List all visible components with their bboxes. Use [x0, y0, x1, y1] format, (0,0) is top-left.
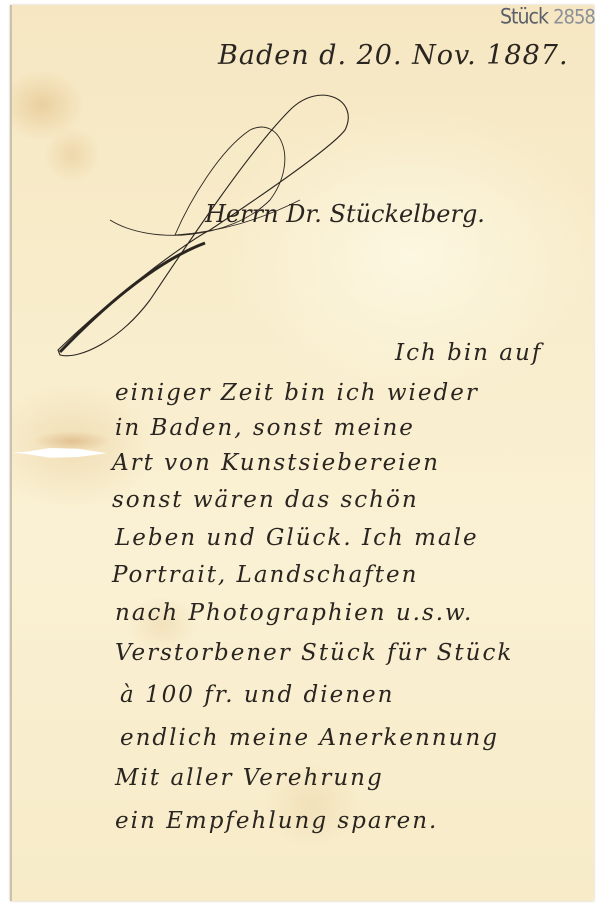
- body-line-3: in Baden, sonst meine: [115, 415, 415, 441]
- body-line-12: Mit aller Verehrung: [115, 765, 384, 791]
- body-line-9: Verstorbener Stück für Stück: [115, 640, 513, 666]
- body-line-13: ein Empfehlung sparen.: [115, 808, 438, 834]
- body-line-4: Art von Kunstsiebereien: [112, 450, 440, 476]
- body-line-11: endlich meine Anerkennung: [120, 725, 499, 751]
- archive-label: Stück: [500, 5, 548, 29]
- stain: [32, 431, 112, 451]
- body-line-8: nach Photographien u.s.w.: [115, 600, 473, 626]
- archive-note: Stück 2858: [500, 5, 595, 29]
- archive-number: 2858: [553, 6, 595, 29]
- body-line-7: Portrait, Landschaften: [112, 562, 418, 588]
- body-line-2: einiger Zeit bin ich wieder: [115, 380, 479, 406]
- body-line-10: à 100 fr. und dienen: [120, 682, 394, 708]
- body-line-6: Leben und Glück. Ich male: [115, 525, 479, 551]
- body-line-1: Ich bin auf: [395, 340, 542, 366]
- salutation: Herrn Dr. Stückelberg.: [205, 200, 485, 228]
- dateline: Baden d. 20. Nov. 1887.: [218, 40, 569, 71]
- body-line-5: sonst wären das schön: [112, 487, 419, 513]
